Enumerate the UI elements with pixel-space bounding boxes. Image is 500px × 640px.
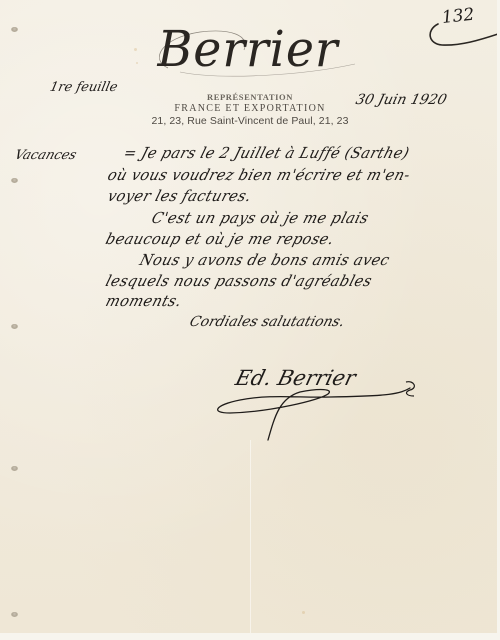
letterhead-subtitle: FRANCE ET EXPORTATION [150, 103, 350, 114]
punch-hole [11, 178, 18, 183]
body-line: Nous y avons de bons amis avec [138, 253, 392, 270]
letter-date: 30 Juin 1920 [354, 92, 448, 108]
body-line: voyer les factures. [106, 189, 254, 206]
page-number: 132 [441, 5, 475, 28]
folio-note: 1re feuille [48, 80, 119, 95]
company-name: Berrier [153, 18, 343, 80]
closing-salutation: Cordiales salutations. [188, 314, 347, 330]
stain [302, 611, 305, 614]
letter-sheet: 132 1re feuille Berrier REPRÉSENTATION F… [0, 0, 497, 633]
stain [134, 48, 137, 51]
punch-hole [11, 324, 18, 329]
body-line: beaucoup et où je me repose. [104, 232, 336, 249]
letterhead-address: 21, 23, Rue Saint-Vincent de Paul, 21, 2… [125, 115, 375, 127]
body-line: = Je pars le 2 Juillet à Luffé (Sarthe) [122, 146, 412, 163]
body-line: où vous voudrez bien m'écrire et m'en- [106, 168, 412, 185]
signature-flourish-icon [210, 380, 430, 450]
stain [136, 62, 138, 64]
punch-hole [11, 612, 18, 617]
punch-hole [11, 27, 18, 32]
paper-fold [250, 440, 251, 633]
body-line: moments. [104, 294, 184, 311]
body-line: C'est un pays où je me plais [150, 211, 371, 228]
letterhead-tagline: REPRÉSENTATION [150, 92, 350, 102]
body-line: lesquels nous passons d'agréables [104, 274, 374, 291]
punch-hole [11, 466, 18, 471]
margin-subject: Vacances [13, 148, 79, 163]
